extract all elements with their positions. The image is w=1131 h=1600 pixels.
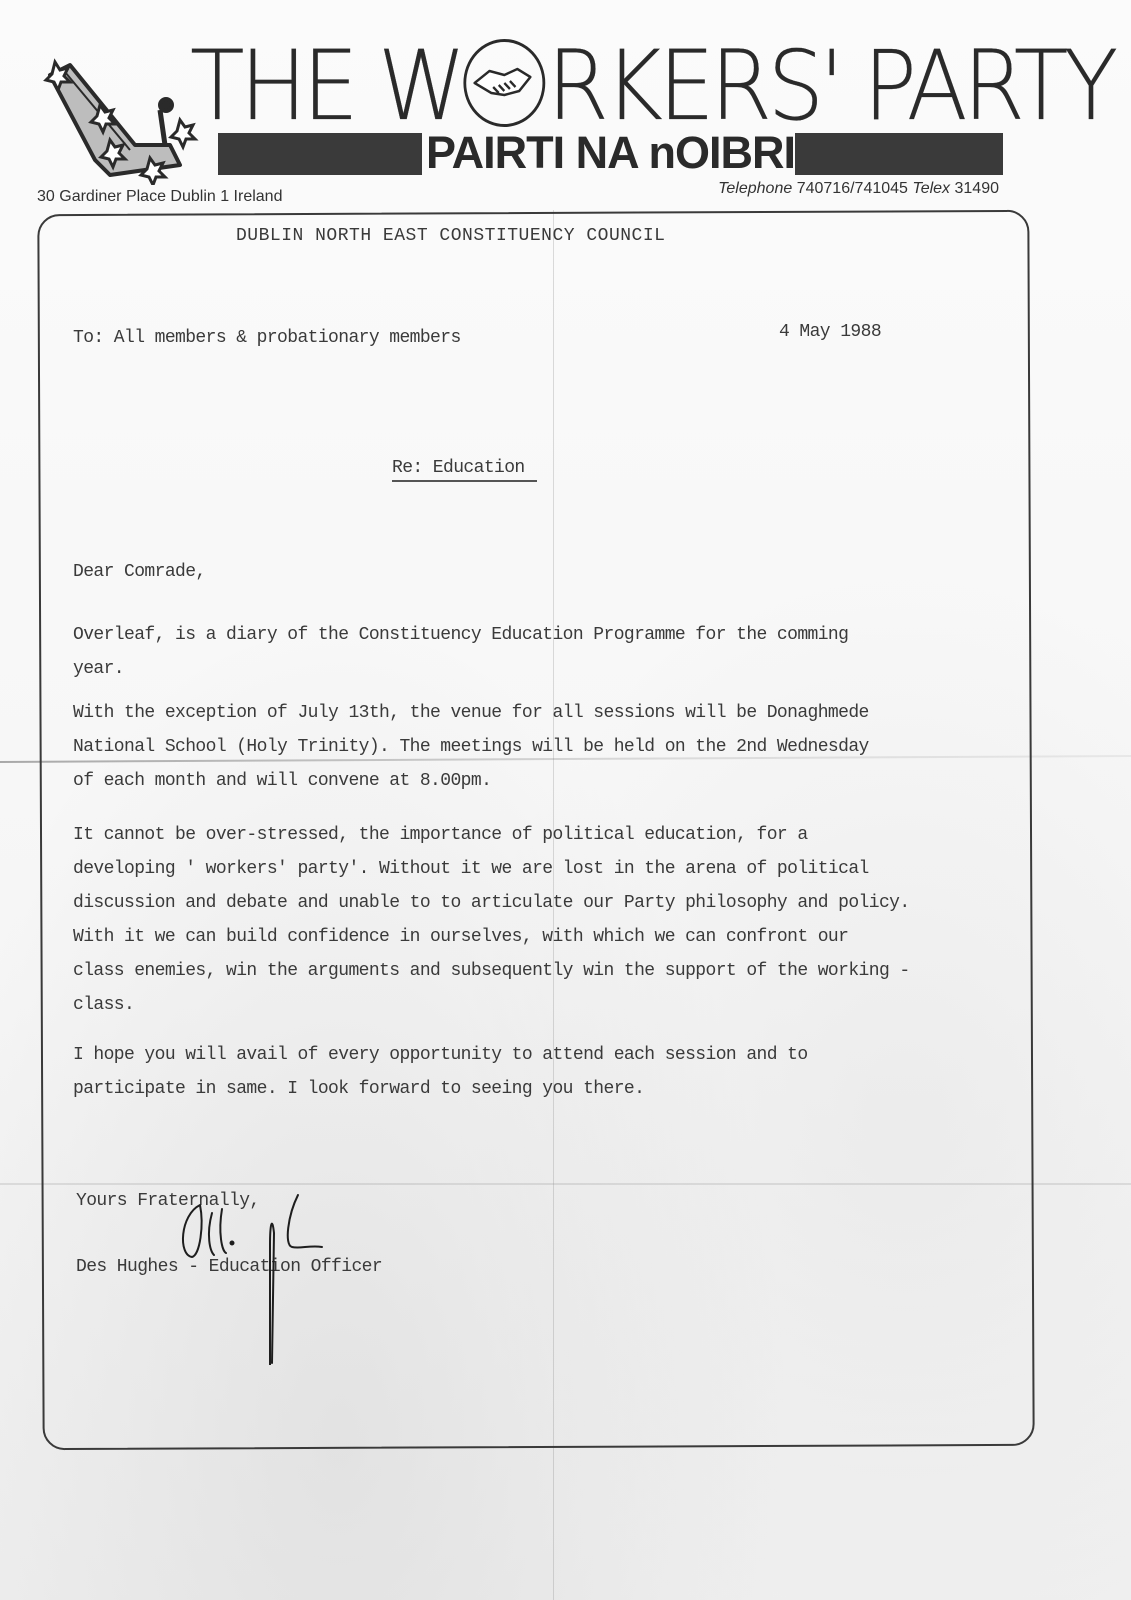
paragraph-line: of each month and will convene at 8.00pm… bbox=[73, 764, 1003, 798]
paragraph-line: participate in same. I look forward to s… bbox=[73, 1072, 1003, 1106]
party-name-irish: PAIRTI NA nOIBRI bbox=[426, 130, 795, 175]
telex-label: Telex bbox=[912, 180, 950, 197]
party-name-heading: THE WRKERS' PARTY bbox=[190, 38, 1114, 134]
paragraph-line: With it we can build confidence in ourse… bbox=[73, 920, 1003, 954]
telex-number: 31490 bbox=[955, 180, 1000, 197]
paragraph-line: With the exception of July 13th, the ven… bbox=[73, 696, 1003, 730]
subtitle-bar-right bbox=[795, 133, 1003, 175]
salutation: Dear Comrade, bbox=[73, 562, 206, 582]
paragraph-line: class. bbox=[73, 988, 1003, 1022]
subtitle-bar-left bbox=[218, 133, 422, 175]
paragraph-line: It cannot be over-stressed, the importan… bbox=[73, 818, 1003, 852]
letter-date: 4 May 1988 bbox=[779, 322, 881, 342]
recipient-line: To: All members & probationary members bbox=[73, 328, 461, 348]
handshake-icon bbox=[463, 39, 545, 127]
subject-line: Re: Education bbox=[392, 458, 537, 482]
paragraph-line: Overleaf, is a diary of the Constituency… bbox=[73, 618, 1003, 652]
telephone-label: Telephone bbox=[718, 180, 792, 197]
paragraph-1: Overleaf, is a diary of the Constituency… bbox=[73, 618, 1003, 686]
handwritten-signature-icon bbox=[170, 1185, 330, 1365]
paragraph-line: discussion and debate and unable to to a… bbox=[73, 886, 1003, 920]
paragraph-line: year. bbox=[73, 652, 1003, 686]
contact-numbers: Telephone 740716/741045 Telex 31490 bbox=[718, 180, 999, 198]
paragraph-line: I hope you will avail of every opportuni… bbox=[73, 1038, 1003, 1072]
party-address: 30 Gardiner Place Dublin 1 Ireland bbox=[37, 188, 282, 206]
party-name-part-1: THE W bbox=[190, 30, 461, 142]
paragraph-line: class enemies, win the arguments and sub… bbox=[73, 954, 1003, 988]
paragraph-2: With the exception of July 13th, the ven… bbox=[73, 696, 1003, 798]
plough-and-stars-icon bbox=[40, 50, 205, 185]
paragraph-3: It cannot be over-stressed, the importan… bbox=[73, 818, 1003, 1022]
telephone-numbers: 740716/741045 bbox=[797, 180, 908, 197]
paragraph-line: National School (Holy Trinity). The meet… bbox=[73, 730, 1003, 764]
party-name-part-2: RKERS' PARTY bbox=[547, 30, 1114, 142]
paragraph-line: developing ' workers' party'. Without it… bbox=[73, 852, 1003, 886]
council-heading: DUBLIN NORTH EAST CONSTITUENCY COUNCIL bbox=[236, 226, 665, 246]
paragraph-4: I hope you will avail of every opportuni… bbox=[73, 1038, 1003, 1106]
